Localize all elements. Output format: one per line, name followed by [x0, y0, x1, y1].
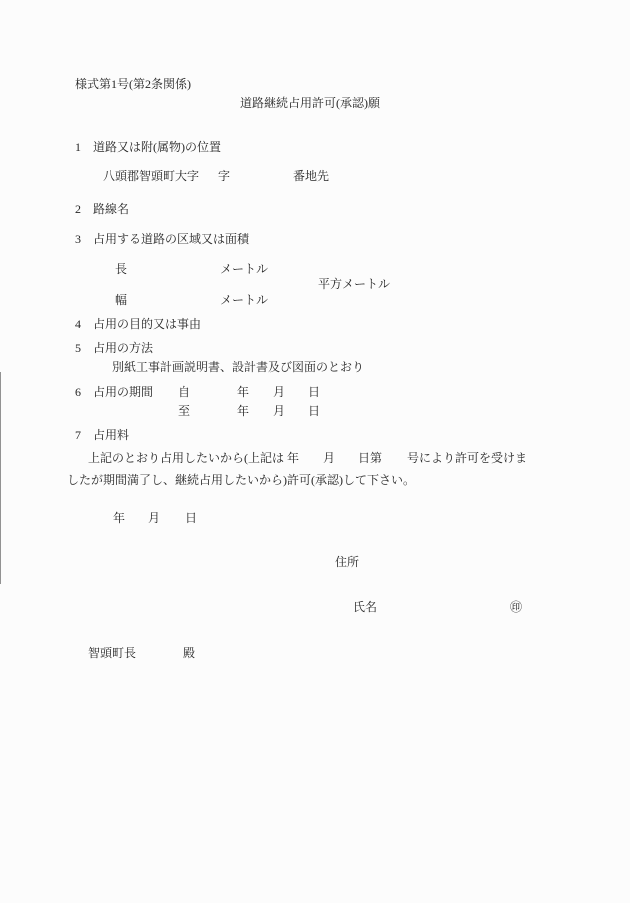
scan-edge-artifact	[0, 372, 1, 584]
item-2-label: 路線名	[93, 202, 129, 216]
period-to-month-label: 月	[273, 404, 285, 418]
length-label: 長	[115, 262, 127, 276]
item-1-label: 道路又は附(属物)の位置	[93, 140, 221, 154]
width-label: 幅	[115, 293, 127, 307]
item-4-number: 4	[75, 317, 81, 331]
body-year-label: 年	[287, 451, 299, 465]
item-3-number: 3	[75, 232, 81, 246]
document-title: 道路継続占用許可(承認)願	[240, 96, 380, 110]
body-text-line2: したが期間満了し、継続占用したいから)許可(承認)して下さい。	[67, 473, 415, 487]
period-from-day-label: 日	[308, 385, 320, 399]
body-text-line1-end: 号により許可を受けま	[407, 451, 527, 465]
item-6-label: 占用の期間	[93, 385, 153, 399]
address-label: 住所	[335, 555, 359, 569]
item-4-label: 占用の目的又は事由	[93, 317, 201, 331]
item-5-label: 占用の方法	[93, 341, 153, 355]
period-to-label: 至	[178, 404, 190, 418]
body-month-label: 月	[323, 451, 335, 465]
item-6-number: 6	[75, 385, 81, 399]
location-aza-label: 字	[218, 169, 230, 183]
form-number: 様式第1号(第2条関係)	[75, 77, 191, 91]
date-month-label: 月	[148, 511, 160, 525]
square-meter-unit: 平方メートル	[318, 277, 390, 291]
date-year-label: 年	[113, 511, 125, 525]
item-7-number: 7	[75, 428, 81, 442]
date-day-label: 日	[185, 511, 197, 525]
period-from-month-label: 月	[273, 385, 285, 399]
item-5-number: 5	[75, 341, 81, 355]
addressee-honorific: 殿	[183, 646, 195, 660]
period-to-year-label: 年	[237, 404, 249, 418]
body-day-no-label: 日第	[358, 451, 382, 465]
addressee-name: 智頭町長	[88, 646, 136, 660]
width-meter-unit: メートル	[220, 293, 268, 307]
item-5-note: 別紙工事計画説明書、設計書及び図面のとおり	[112, 360, 364, 374]
name-label: 氏名	[353, 600, 377, 614]
item-2-number: 2	[75, 202, 81, 216]
period-from-label: 自	[178, 385, 190, 399]
item-1-number: 1	[75, 140, 81, 154]
length-meter-unit: メートル	[220, 262, 268, 276]
seal-mark-icon: ㊞	[510, 600, 522, 614]
location-prefix: 八頭郡智頭町大字	[103, 169, 199, 183]
item-3-label: 占用する道路の区域又は面積	[93, 232, 249, 246]
document-page: 様式第1号(第2条関係) 道路継続占用許可(承認)願 1 道路又は附(属物)の位…	[0, 0, 630, 903]
location-banchisaki-label: 番地先	[293, 169, 329, 183]
period-to-day-label: 日	[308, 404, 320, 418]
period-from-year-label: 年	[237, 385, 249, 399]
body-text-line1-start: 上記のとおり占用したいから(上記は	[88, 451, 284, 465]
item-7-label: 占用料	[93, 428, 129, 442]
